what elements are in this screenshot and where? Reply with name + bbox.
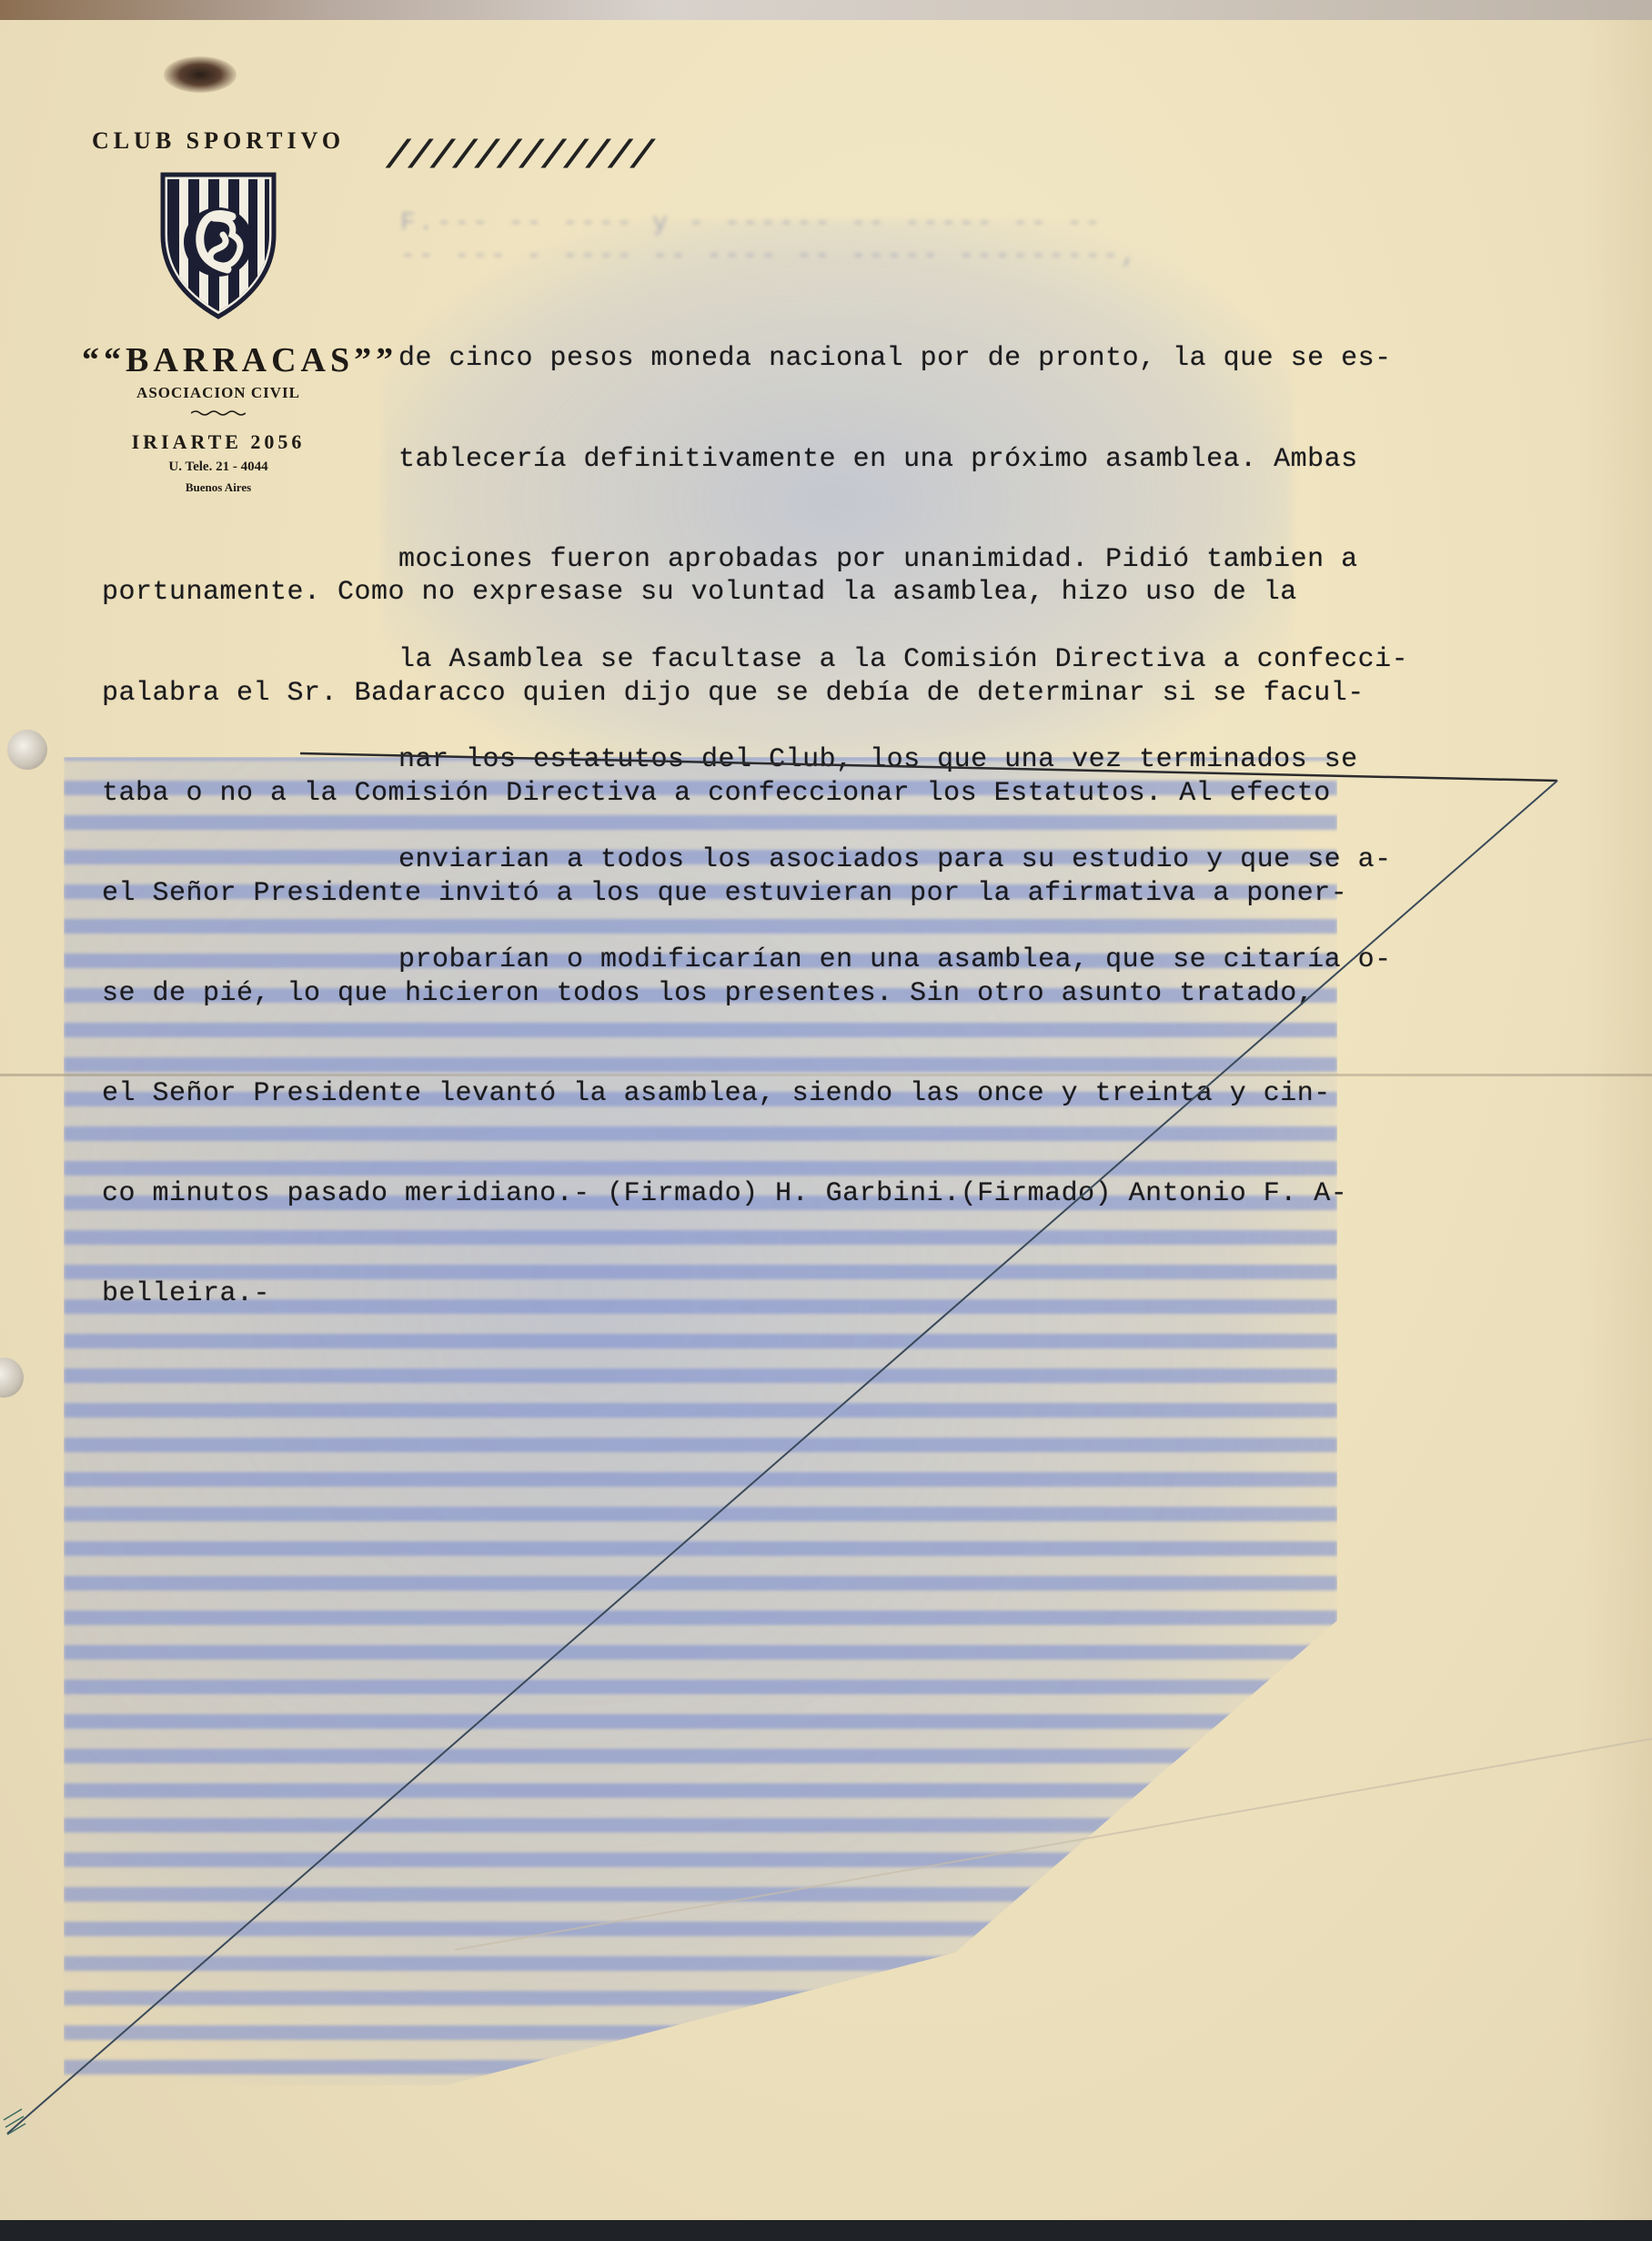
ink-stain [164,56,237,93]
text-line: tablecería definitivamente en una próxim… [398,443,1408,477]
letterhead: CLUB SPORTIVO ““BARRACAS”” ASOCIACION CI… [82,127,355,495]
letterhead-club-label: CLUB SPORTIVO [82,127,355,155]
club-crest-icon [159,171,277,321]
body-text-full-width: portunamente. Como no expresase su volun… [102,510,1365,1345]
letterhead-address: IRIARTE 2056 [82,430,355,454]
text-line: portunamente. Como no expresase su volun… [102,576,1365,610]
text-line: de cinco pesos moneda nacional por de pr… [398,342,1408,376]
bleedthrough-text: F.--- -- ---- y - ------ -- ----- -- -- … [400,207,1219,273]
text-line: palabra el Sr. Badaracco quien dijo que … [102,677,1365,711]
punch-hole-icon [7,730,47,770]
page-edge-shadow [1579,20,1652,2222]
background-surface-bottom [0,2220,1652,2241]
letterhead-club-name: ““BARRACAS”” [82,340,355,380]
text-line: se de pié, lo que hicieron todos los pre… [102,977,1365,1011]
text-line: el Señor Presidente invitó a los que est… [102,877,1365,911]
typed-slash-mark: //////////// [386,135,652,180]
text-line: taba o no a la Comisión Directiva a conf… [102,777,1365,811]
bleedthrough-line: -- --- - ---- -- ---- -- ----- ---------… [400,240,1219,273]
letterhead-city: Buenos Aires [82,480,355,495]
wave-divider-icon [191,409,246,417]
text-line: el Señor Presidente levantó la asamblea,… [102,1077,1365,1111]
letterhead-subtitle: ASOCIACION CIVIL [82,384,355,402]
letterhead-phone: U. Tele. 21 - 4044 [82,459,355,475]
punch-hole-icon [0,1358,24,1398]
text-line: belleira.- [102,1277,1365,1311]
bleedthrough-line: F.--- -- ---- y - ------ -- ----- -- -- [400,207,1219,240]
text-line: co minutos pasado meridiano.- (Firmado) … [102,1177,1365,1211]
